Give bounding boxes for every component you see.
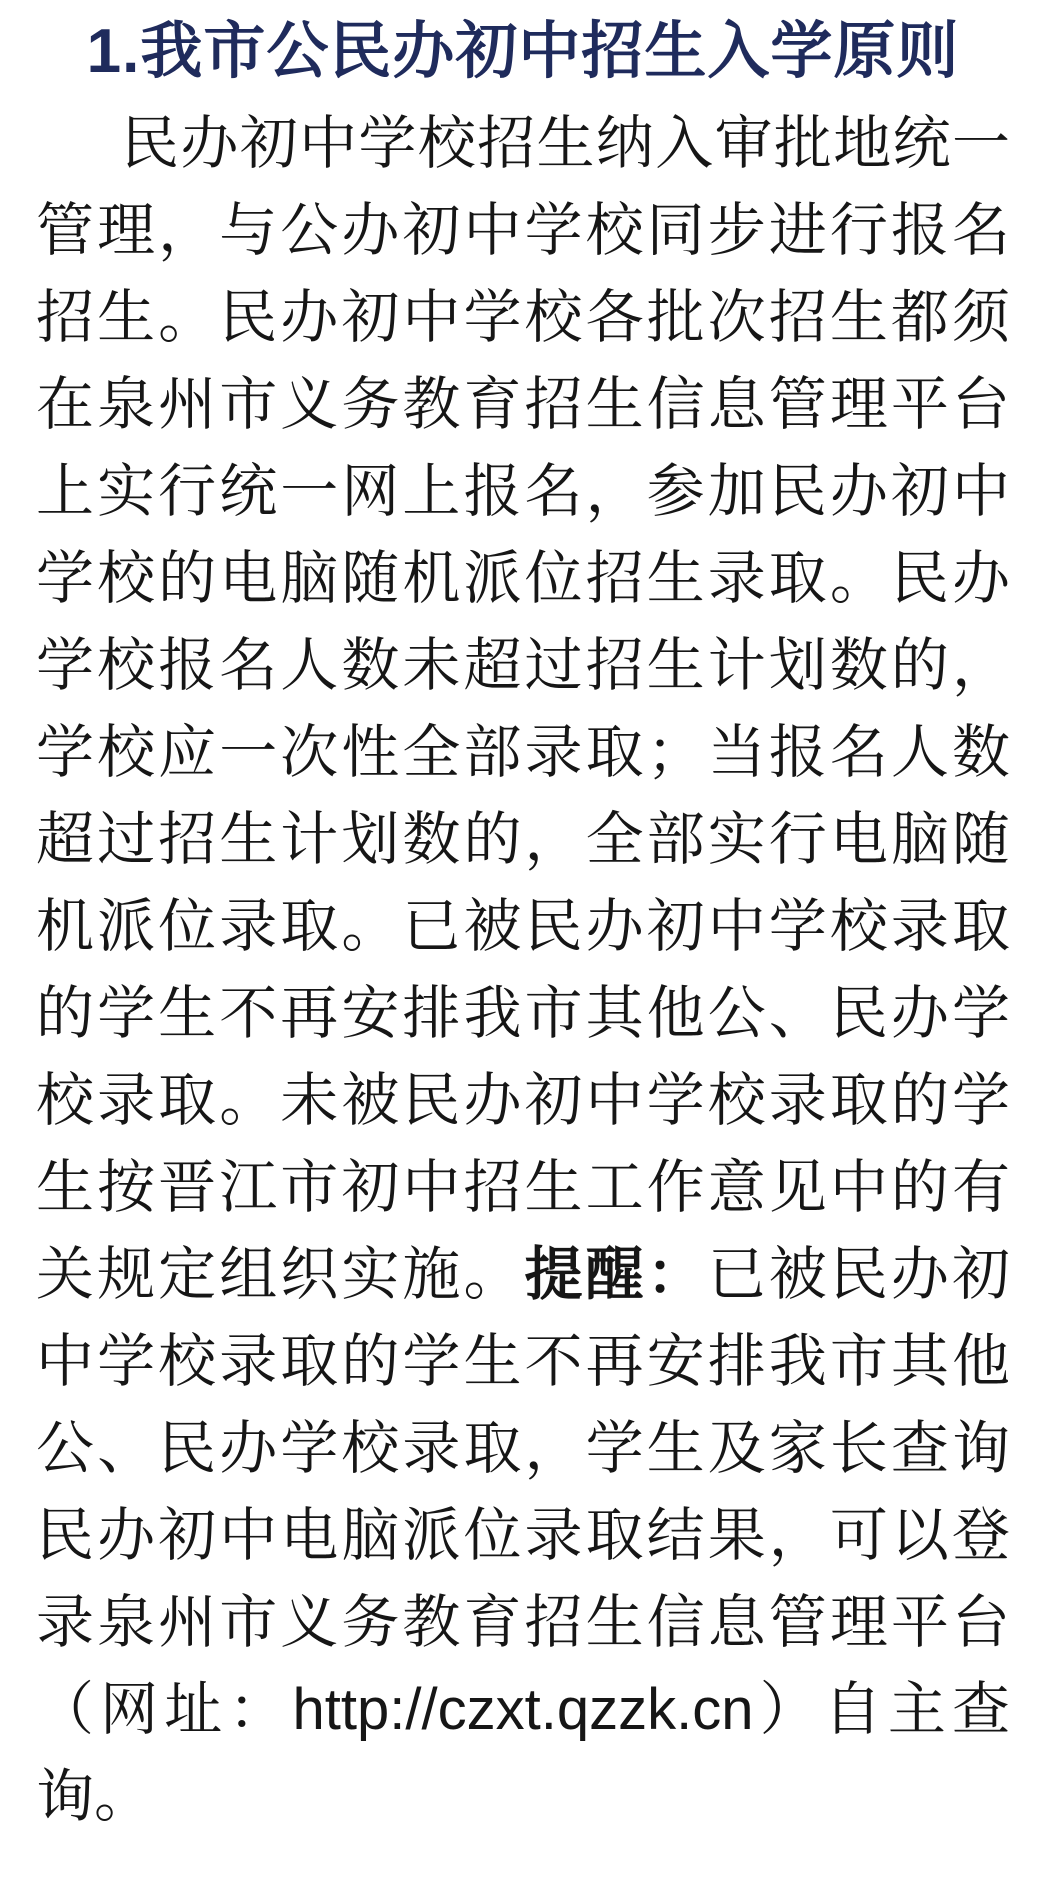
- article-page: 1.我市公民办初中招生入学原则 民办初中学校招生纳入审批地统一管理，与公办初中学…: [0, 0, 1044, 1880]
- paragraph-text-before-reminder: 民办初中学校招生纳入审批地统一管理，与公办初中学校同步进行报名招生。民办初中学校…: [36, 111, 1010, 1307]
- article-title: 1.我市公民办初中招生入学原则: [36, 14, 1010, 90]
- paragraph-text-after-reminder: 已被民办初中学校录取的学生不再安排我市其他公、民办学校录取，学生及家长查询民办初…: [36, 1242, 1010, 1829]
- reminder-label: 提醒：: [525, 1242, 708, 1307]
- article-paragraph: 民办初中学校招生纳入审批地统一管理，与公办初中学校同步进行报名招生。民办初中学校…: [36, 100, 1010, 1840]
